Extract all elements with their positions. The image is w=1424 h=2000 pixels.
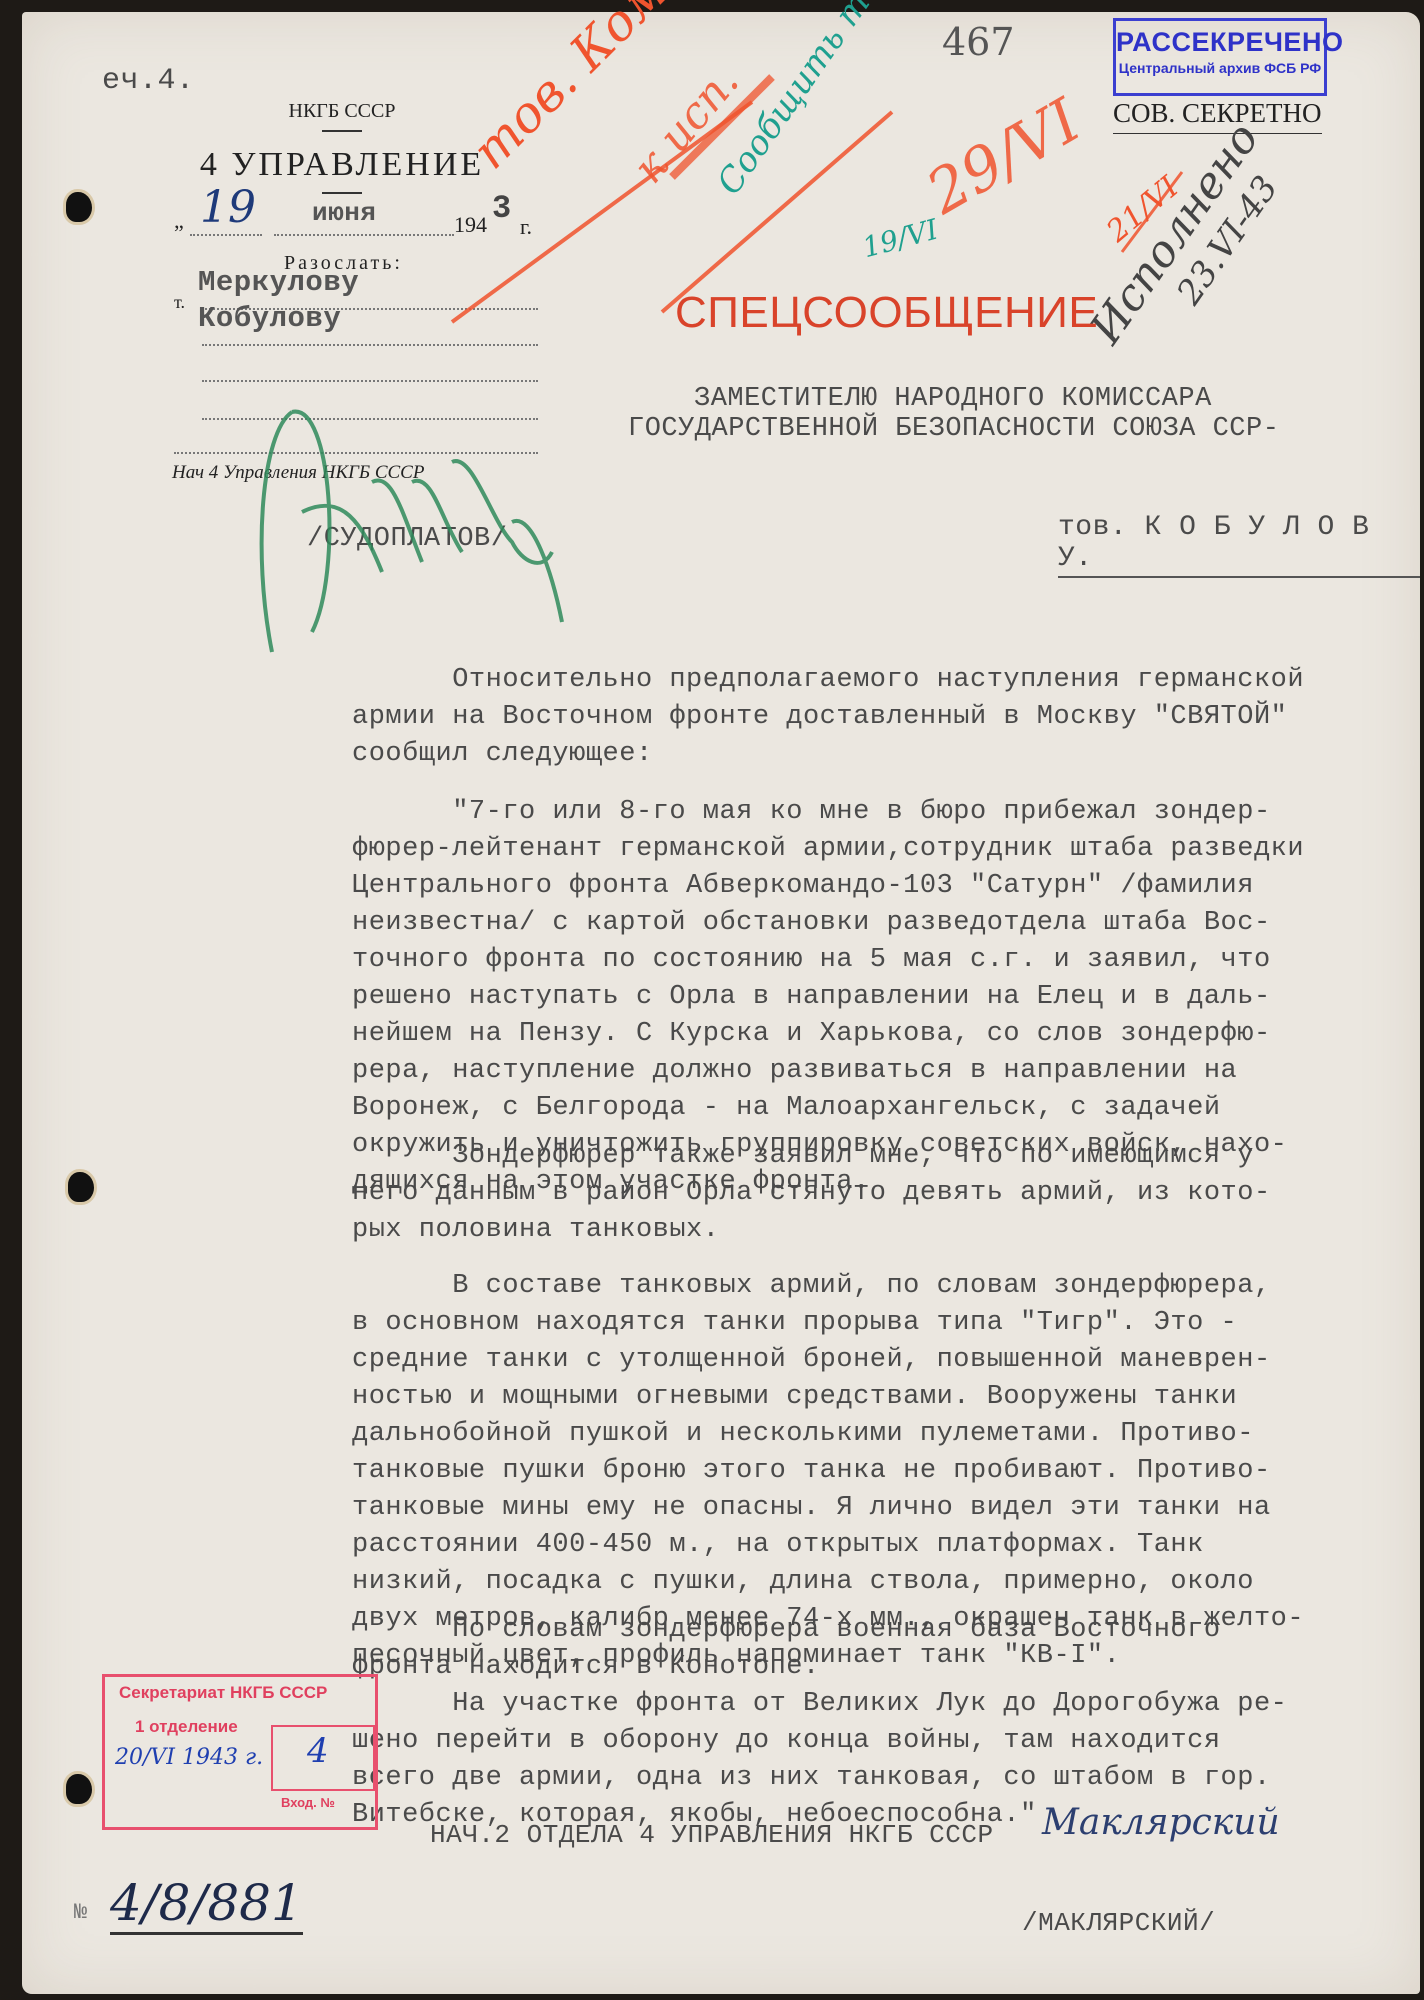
secretariat-stamp: Секретариат НКГБ СССР 1 отделение 20/VI … (102, 1674, 378, 1830)
divider (322, 130, 362, 132)
secretariat-footer: Вход. № (281, 1795, 335, 1810)
signature-title: НАЧ.2 ОТДЕЛА 4 УПРАВЛЕНИЯ НКГБ СССР (430, 1820, 994, 1850)
body-paragraph-3: Зондерфюрер также заявил мне, что по име… (352, 1138, 1412, 1249)
addressee-line-1: ЗАМЕСТИТЕЛЮ НАРОДНОГО КОМИССАРА (694, 384, 1212, 414)
recipient-2: Кобулову (198, 302, 341, 335)
registry-number: 4/8/881 (110, 1874, 303, 1935)
body-paragraph-1: Относительно предполагаемого наступления… (352, 662, 1412, 773)
registry-prefix: № (74, 1900, 88, 1925)
secretariat-title: Секретариат НКГБ СССР (119, 1683, 327, 1703)
punch-hole (66, 1774, 92, 1804)
recipient-1: Меркулову (198, 266, 359, 299)
date-month: июня (312, 198, 376, 228)
secretariat-dept: 1 отделение (135, 1717, 238, 1737)
secretariat-number: 4 (307, 1731, 329, 1771)
reference-code: еч.4. (102, 64, 195, 98)
secretariat-number-box: 4 (271, 1725, 375, 1791)
addressee-name: тов. К О Б У Л О В У. (1058, 512, 1420, 578)
addressee-line-2: ГОСУДАРСТВЕННОЙ БЕЗОПАСНОСТИ СОЮЗА ССР- (628, 414, 1279, 444)
recipient-prefix: т. (174, 292, 185, 313)
punch-hole (66, 192, 92, 222)
document-page: еч.4. НКГБ СССР 4 УПРАВЛЕНИЕ „ 19 июня 1… (22, 12, 1420, 1994)
document-title: СПЕЦСООБЩЕНИЕ (675, 288, 1098, 338)
green-signature (222, 372, 642, 672)
divider (322, 192, 362, 194)
signature-name: /МАКЛЯРСКИЙ/ (1022, 1908, 1215, 1938)
date-day-line (190, 234, 262, 236)
signature-handwritten: Макляpский (1042, 1802, 1280, 1843)
date-day: 19 (200, 182, 256, 233)
punch-hole (68, 1172, 94, 1202)
date-open-quote: „ (174, 208, 184, 234)
secretariat-date: 20/VI 1943 г. (115, 1745, 263, 1770)
body-paragraph-5: По словам зондерфюрера военная база Вост… (352, 1612, 1412, 1834)
